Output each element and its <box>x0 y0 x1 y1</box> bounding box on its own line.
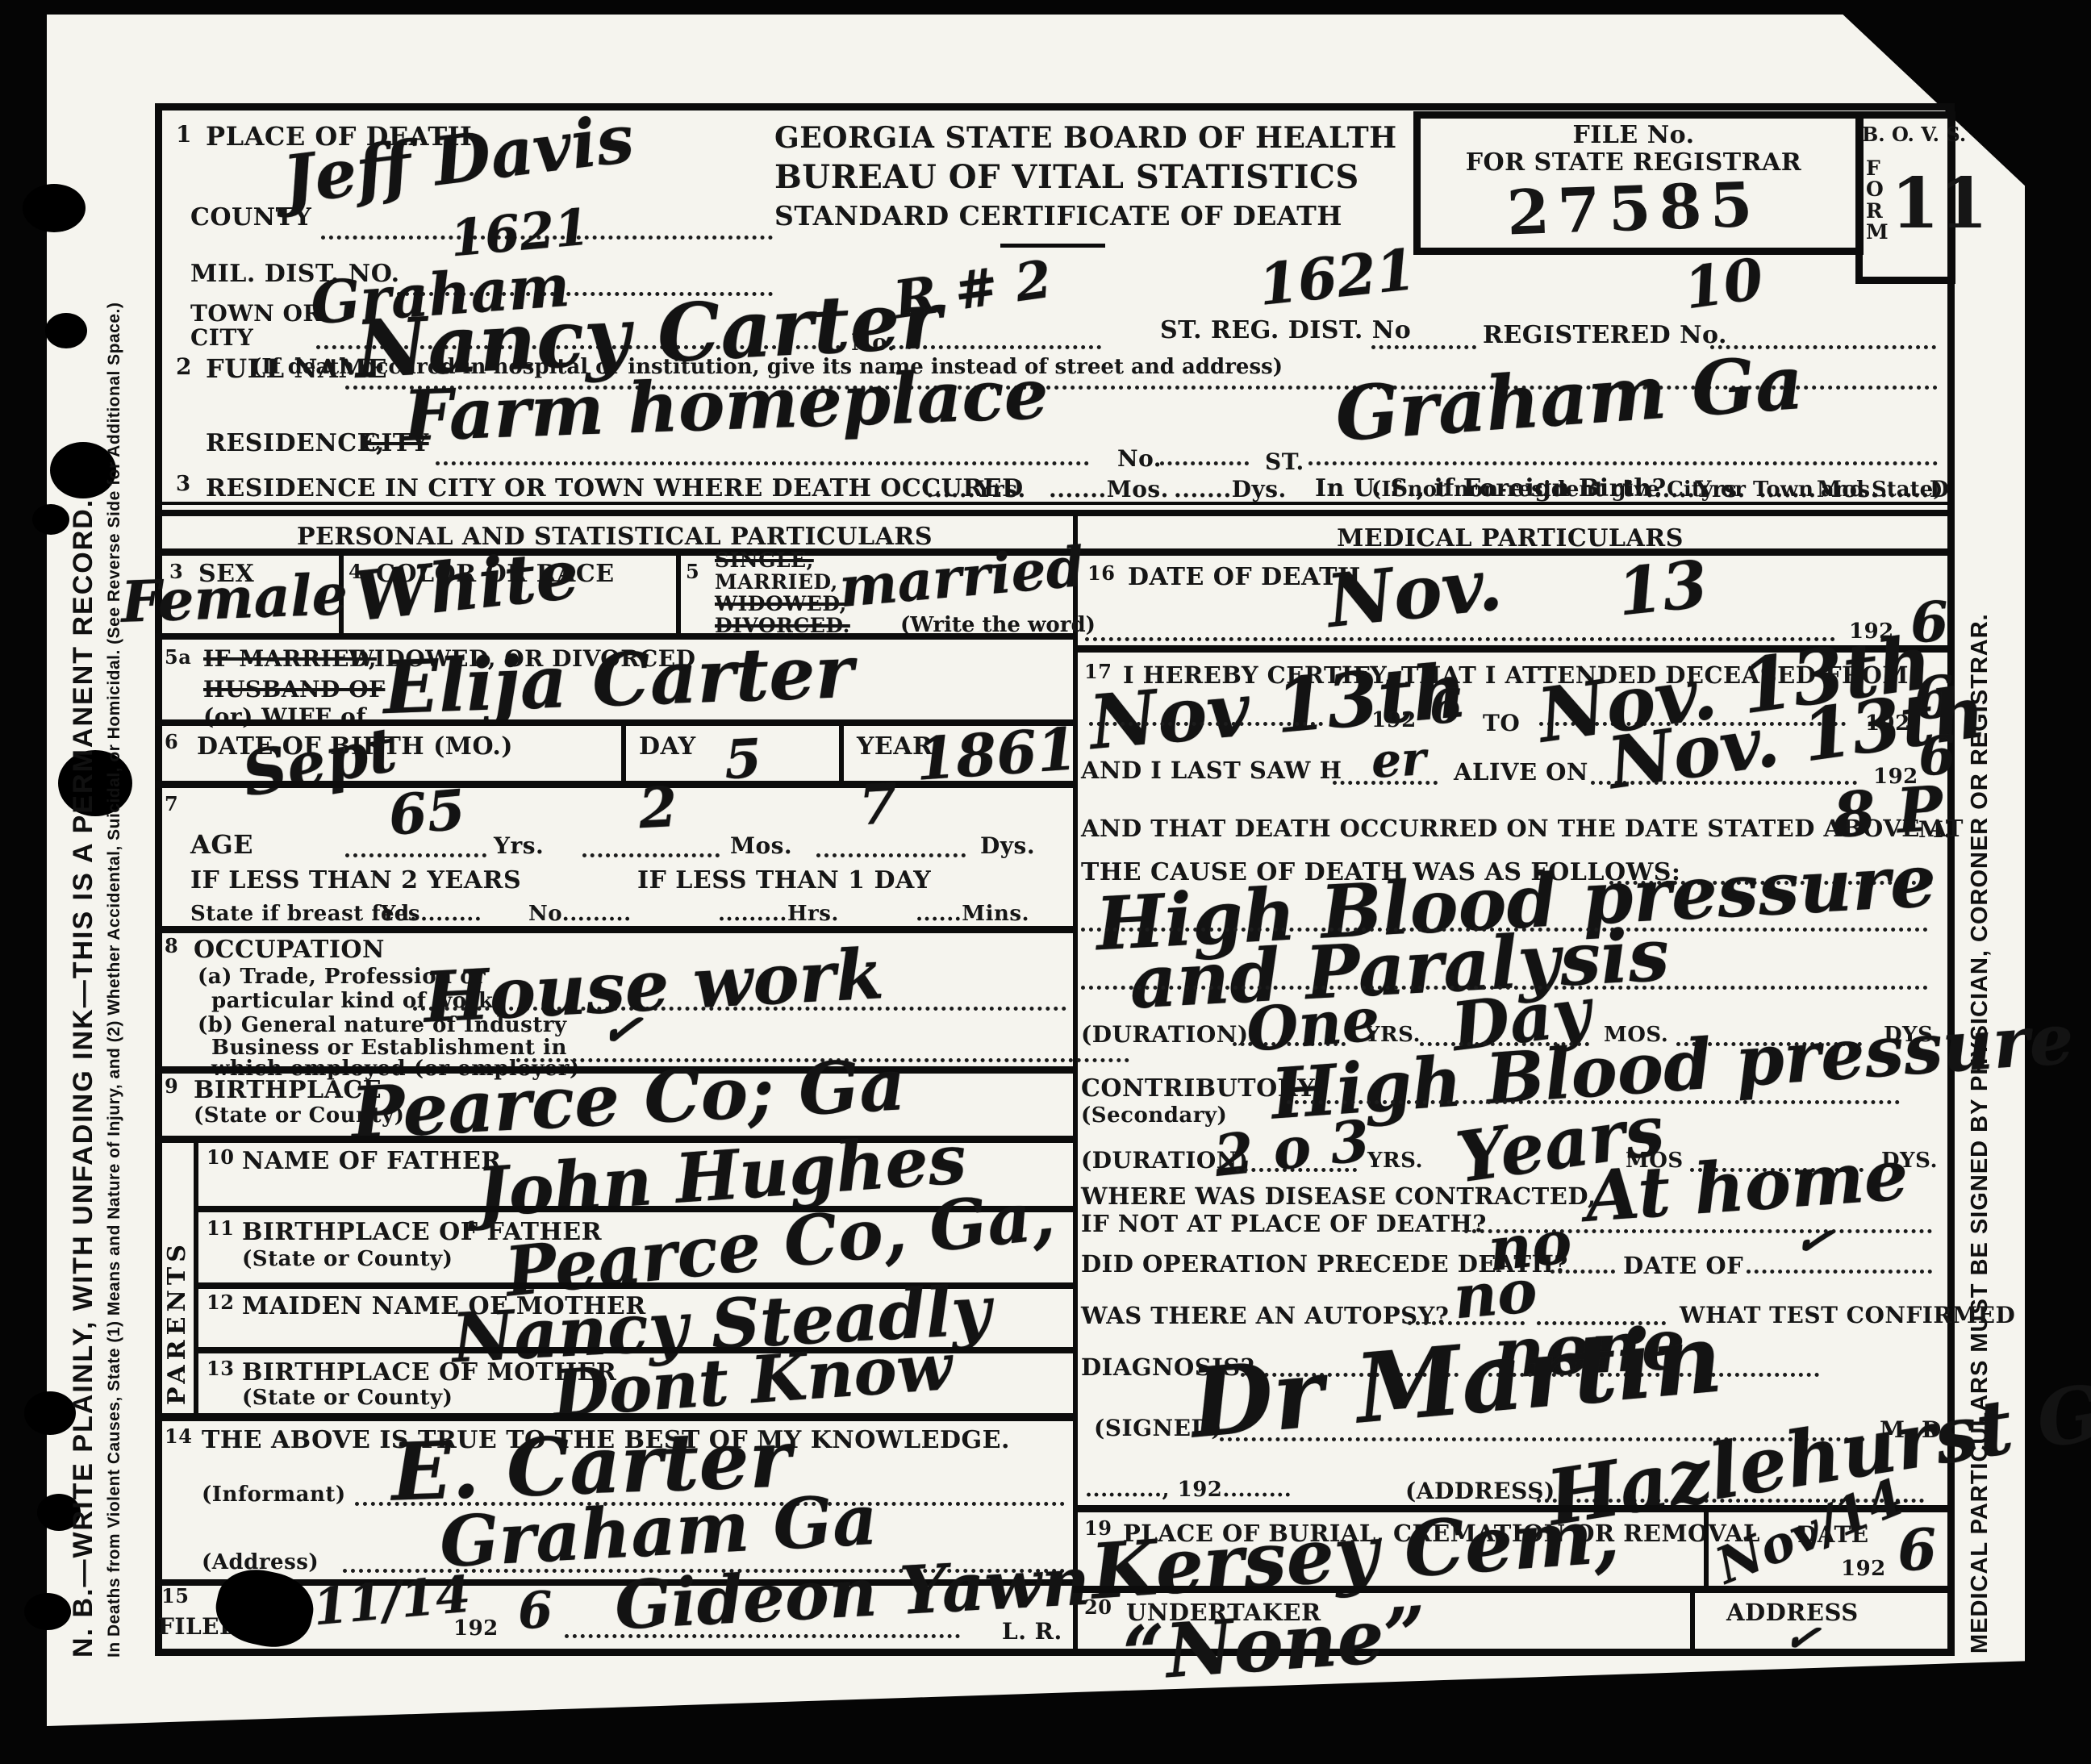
residence-length-label: RESIDENCE IN CITY OR TOWN WHERE DEATH OC… <box>206 474 1024 503</box>
last-saw-er-value: er <box>1370 731 1427 788</box>
section-divider <box>155 502 1947 505</box>
day-label: DAY <box>639 732 696 761</box>
registered-no-label: REGISTERED No. <box>1483 321 1727 349</box>
local-registrar-label: L. R. <box>1002 1618 1062 1645</box>
death-month-value: Nov. <box>1323 541 1506 644</box>
cell-divider <box>1704 1505 1709 1586</box>
age-number: 7 <box>165 792 178 815</box>
residence-st-label: ST. <box>1265 448 1304 475</box>
age-mos-label: Mos. <box>730 832 792 859</box>
residence-label: RESIDENCE, <box>206 429 385 457</box>
less-than-2-label: IF LESS THAN 2 YEARS <box>190 866 521 895</box>
parents-cell-divider <box>194 1136 198 1413</box>
last-saw-label: AND I LAST SAW H <box>1081 757 1342 784</box>
breast-yes-label: Yes........ <box>381 902 482 926</box>
rule <box>155 926 1073 933</box>
operation-date-label: DATE OF <box>1623 1252 1743 1279</box>
alive-on-label: ALIVE ON <box>1454 758 1588 786</box>
column-divider <box>1073 510 1078 1649</box>
signed-year-dots: .........., 192......... <box>1085 1478 1292 1502</box>
from-year-value: 6 <box>1428 678 1463 735</box>
occupation-b1-label: (b) General nature of Industry <box>198 1013 567 1037</box>
age-dys-label: Dys. <box>980 832 1035 859</box>
item-1-number: 1 <box>176 121 192 148</box>
secondary-label: (Secondary) <box>1081 1103 1227 1128</box>
breast-no-label: No......... <box>528 902 632 926</box>
father-number: 10 <box>207 1145 234 1169</box>
father-label: NAME OF FATHER <box>242 1147 502 1175</box>
marital-widowed: WIDOWED, <box>715 592 847 615</box>
dotted-line <box>1551 1270 1615 1274</box>
death-day-value: 13 <box>1613 545 1711 630</box>
dotted-line <box>1089 722 1323 726</box>
death-date-number: 16 <box>1087 561 1115 585</box>
occupation-label: OCCUPATION <box>194 936 385 964</box>
form-label: FORM <box>1866 158 1885 243</box>
marital-married: MARRIED, <box>715 570 838 594</box>
margin-note-medical-signed: MEDICAL PARTICULARS MUST BE SIGNED BY PH… <box>1967 613 1993 1653</box>
burial-year-pre: 192 <box>1841 1557 1886 1581</box>
age-label: AGE <box>190 829 253 860</box>
birthplace-number: 9 <box>165 1074 178 1098</box>
margin-note-violent-causes: In Deaths from Violent Causes, State (1)… <box>105 302 124 1658</box>
punch-hole <box>24 1593 71 1630</box>
marital-number: 5 <box>686 560 699 583</box>
dotted-line <box>436 461 1089 465</box>
file-no-stamp: 27585 <box>1443 166 1825 251</box>
st-reg-dist-label: ST. REG. DIST. No <box>1160 316 1411 344</box>
rule <box>1073 1586 1947 1593</box>
dotted-line <box>1085 637 1835 641</box>
foreign-birth-label: In U. S., if Foreign Birth? <box>1315 474 1667 503</box>
father-bp-sub-label: (State or County) <box>242 1247 453 1271</box>
mos-label: .......Mos. <box>1049 476 1169 503</box>
filed-year-value: 6 <box>516 1580 554 1641</box>
autopsy-label: WAS THERE AN AUTOPSY? <box>1081 1302 1449 1329</box>
age-months-value: 2 <box>637 775 678 841</box>
dys-label: .......Dys. <box>1174 476 1287 503</box>
item-3-number: 3 <box>176 472 191 496</box>
yrs2-label: ......Yrs. <box>1646 476 1746 503</box>
burial-year-value: 6 <box>1896 1516 1939 1584</box>
dotted-line <box>1333 781 1438 785</box>
dotted-line <box>1160 461 1249 465</box>
board-title: GEORGIA STATE BOARD OF HEALTH <box>774 121 1323 155</box>
certificate-title: STANDARD CERTIFICATE OF DEATH <box>774 200 1323 231</box>
death-occurred-label: AND THAT DEATH OCCURRED ON THE DATE STAT… <box>1081 815 1964 842</box>
town-or-label: TOWN OR <box>190 300 322 327</box>
punch-hole <box>45 313 87 348</box>
punch-hole <box>32 504 69 535</box>
cell-divider <box>621 726 626 781</box>
informant-label: (Informant) <box>202 1483 346 1507</box>
mos2-label: .......Mos. <box>1759 476 1879 503</box>
section-divider <box>155 510 1947 516</box>
yrs-label: ......Yrs. <box>926 476 1026 503</box>
undertaker-number: 20 <box>1084 1595 1112 1619</box>
cell-divider <box>1690 1586 1695 1649</box>
file-no-label: FILE No. <box>1420 121 1847 149</box>
registered-no-value: 10 <box>1680 245 1768 323</box>
less-than-1-label: IF LESS THAN 1 DAY <box>637 866 931 895</box>
parents-label: PARENTS <box>163 1240 191 1405</box>
sex-value: Female <box>120 561 349 636</box>
contracted-label2: IF NOT AT PLACE OF DEATH? <box>1081 1210 1487 1237</box>
dotted-line <box>1371 345 1476 349</box>
breast-hrs-label: .........Hrs. <box>718 902 839 926</box>
age-days-value: 7 <box>858 772 899 838</box>
father-bp-number: 11 <box>207 1216 234 1240</box>
occupation-number: 8 <box>165 934 178 957</box>
filed-year-pre: 192 <box>453 1616 499 1641</box>
dotted-line <box>345 853 486 857</box>
age-years-value: 65 <box>386 778 468 849</box>
birth-number: 6 <box>165 730 178 753</box>
duration2-yrs-label: YRS. <box>1367 1149 1423 1173</box>
dotted-line <box>1236 1168 1357 1172</box>
medical-section-title: MEDICAL PARTICULARS <box>1073 524 1947 553</box>
to-label: TO <box>1483 710 1520 736</box>
duration1-label: (DURATION) <box>1081 1021 1249 1048</box>
title-divider <box>1000 244 1105 248</box>
cell-divider <box>676 556 681 633</box>
dotted-line <box>1308 461 1938 465</box>
residence-no-label: No. <box>1117 445 1162 472</box>
city-label: CITY <box>190 324 253 351</box>
mother-bp-sub-label: (State or County) <box>242 1386 453 1410</box>
husband-number: 5a <box>165 645 191 669</box>
cell-divider <box>839 726 844 781</box>
margin-note-permanent-record: N. B.—WRITE PLAINLY, WITH UNFADING INK—T… <box>68 498 99 1658</box>
occupation-b-mark check-mark: ✓ <box>597 999 645 1061</box>
what-test-label: WHAT TEST CONFIRMED <box>1680 1302 2015 1328</box>
item-2-number: 2 <box>176 353 192 380</box>
d-label: .......D <box>1872 476 1950 503</box>
scanned-death-certificate: N. B.—WRITE PLAINLY, WITH UNFADING INK—T… <box>0 0 2091 1764</box>
husband-of-struck: HUSBAND OF <box>203 676 385 703</box>
filed-number: 15 <box>161 1584 189 1608</box>
punch-hole <box>23 184 86 232</box>
dotted-line <box>1747 1270 1932 1274</box>
age-yrs-label: Yrs. <box>494 832 544 859</box>
marital-single: SINGLE, <box>715 548 814 572</box>
from-year-pre: 192 <box>1371 708 1417 732</box>
dotted-line <box>582 853 720 857</box>
breast-mins-label: ......Mins. <box>916 902 1029 926</box>
mother-bp-number: 13 <box>207 1357 234 1380</box>
form-number: 11 <box>1891 163 1989 244</box>
bovs-label: B. O. V. S. <box>1862 123 1966 146</box>
informant-number: 14 <box>165 1424 192 1448</box>
spouse-value: Elija Carter <box>382 629 854 731</box>
contracted-label1: WHERE WAS DISEASE CONTRACTED, <box>1081 1182 1596 1210</box>
dotted-line <box>816 853 966 857</box>
mother-number: 12 <box>207 1291 234 1314</box>
rule <box>155 781 1073 788</box>
bureau-title: BUREAU OF VITAL STATISTICS <box>774 158 1323 196</box>
